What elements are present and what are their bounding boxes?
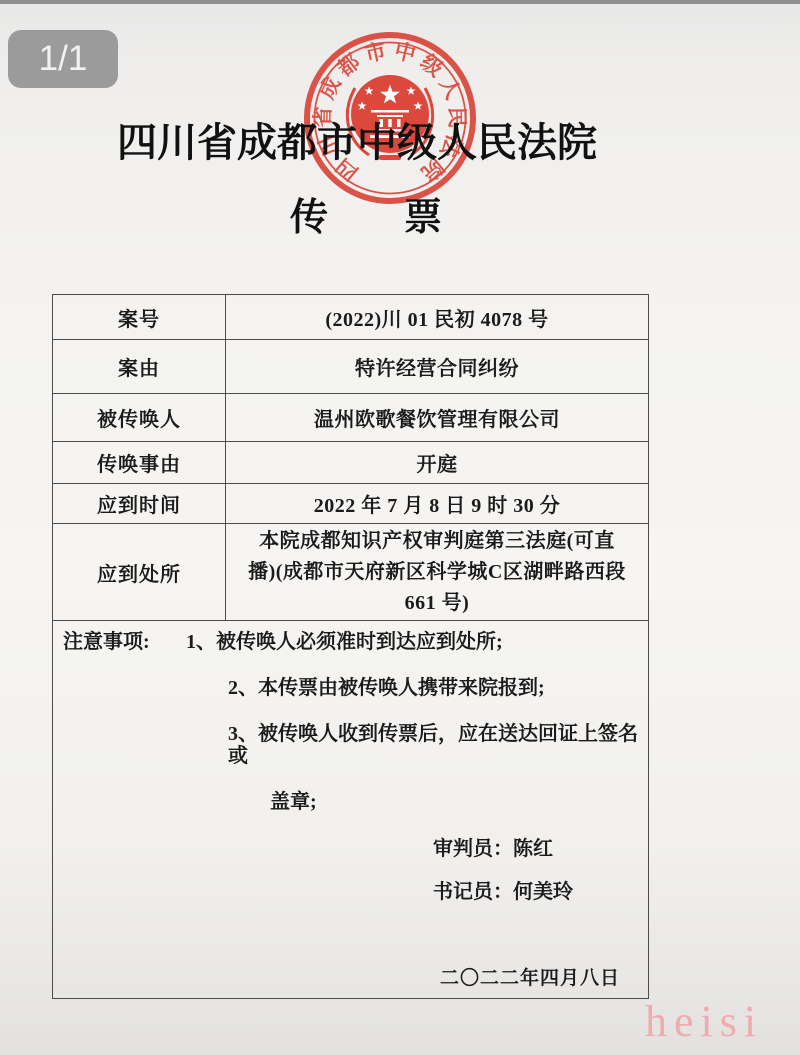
table-row-case-number: 案号 (2022)川 01 民初 4078 号 (53, 295, 648, 340)
page-root: 1/1 四川省成都市中级人民法院 (0, 0, 800, 1055)
table-row-cause: 案由 特许经营合同纠纷 (53, 340, 648, 394)
notes-section: 注意事项:1、被传唤人必须准时到达应到处所; 2、本传票由被传唤人携带来院报到;… (53, 621, 648, 813)
note-item-1-text: 1、被传唤人必须准时到达应到处所; (186, 631, 503, 653)
judge-line: 审判员：陈红 (433, 838, 573, 860)
address-line: 播)(成都市天府新区科学城C区湖畔路西段 (248, 557, 626, 588)
row-label: 应到时间 (53, 484, 226, 523)
row-value: 特许经营合同纠纷 (226, 340, 648, 393)
note-item-3: 3、被传唤人收到传票后，应在送达回证上签名或 (228, 723, 642, 767)
table-row-summoned-person: 被传唤人 温州欧歌餐饮管理有限公司 (53, 394, 648, 442)
address-line: 661 号) (405, 588, 470, 619)
table-row-arrival-time: 应到时间 2022 年 7 月 8 日 9 时 30 分 (53, 484, 648, 524)
row-label: 案号 (53, 295, 226, 339)
row-value: 开庭 (226, 442, 648, 483)
photo-top-edge (0, 0, 800, 4)
row-label: 应到处所 (53, 524, 226, 620)
notes-label: 注意事项: (63, 631, 186, 653)
row-label: 被传唤人 (53, 394, 226, 441)
court-name-title: 四川省成都市中级人民法院 (0, 111, 714, 168)
row-label: 传唤事由 (53, 442, 226, 483)
row-value: (2022)川 01 民初 4078 号 (226, 295, 648, 339)
row-label: 案由 (53, 340, 226, 393)
note-item-2: 2、本传票由被传唤人携带来院报到; (228, 677, 642, 699)
row-value: 本院成都知识产权审判庭第三法庭(可直 播)(成都市天府新区科学城C区湖畔路西段 … (226, 524, 648, 620)
row-value: 温州欧歌餐饮管理有限公司 (226, 394, 648, 441)
clerk-line: 书记员：何美玲 (433, 881, 573, 903)
row-value: 2022 年 7 月 8 日 9 时 30 分 (226, 484, 648, 523)
signature-block: 审判员：陈红 书记员：何美玲 (433, 838, 573, 903)
watermark: heisi (645, 996, 763, 1047)
document-title: 传 票 (0, 186, 732, 241)
note-item-1: 注意事项:1、被传唤人必须准时到达应到处所; (63, 631, 642, 653)
table-row-arrival-place: 应到处所 本院成都知识产权审判庭第三法庭(可直 播)(成都市天府新区科学城C区湖… (53, 524, 648, 621)
note-item-3-continuation: 盖章; (270, 791, 642, 813)
table-row-summons-reason: 传唤事由 开庭 (53, 442, 648, 484)
issue-date: 二〇二二年四月八日 (440, 963, 620, 990)
address-line: 本院成都知识产权审判庭第三法庭(可直 (259, 526, 615, 557)
page-indicator-badge: 1/1 (8, 30, 118, 88)
